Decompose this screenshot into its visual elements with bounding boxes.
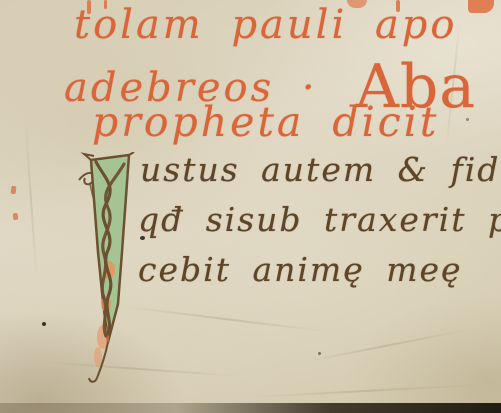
red-margin-mark [10, 186, 16, 195]
parchment-crease [301, 329, 468, 363]
parchment-crease [40, 361, 240, 377]
body-line-1-text: ustus autem & fid [140, 150, 500, 189]
illuminated-initial-icon [76, 152, 138, 392]
body-line-2-text: qđ sisub traxerit p [138, 200, 501, 239]
body-line-3-text: cebit animę meę [138, 250, 463, 289]
ink-speck [140, 236, 145, 240]
ink-speck [466, 118, 469, 121]
rubric-line-3: propheta dicit [92, 98, 439, 146]
body-line-2: qđ sisub traxerit p [138, 200, 501, 239]
rubric-line-1: tolam pauli apo [74, 2, 458, 48]
illuminated-initial-I [76, 152, 138, 392]
cut-letter-fragment [468, 0, 494, 13]
rubric-line-3-text: propheta dicit [92, 98, 439, 146]
rubric-line-1-text: tolam pauli apo [74, 2, 458, 48]
parchment-crease [250, 384, 480, 398]
body-line-1: ustus autem & fid [140, 150, 500, 189]
ink-speck [318, 352, 321, 355]
page-edge-shadow [0, 403, 501, 413]
ink-speck [42, 322, 46, 326]
body-line-3: cebit animę meę [138, 250, 463, 289]
red-margin-mark [13, 213, 19, 220]
parchment-crease [24, 120, 37, 280]
parchment-crease [121, 305, 330, 333]
manuscript-page: tolam pauli apo adebreos ·Aba propheta d… [0, 0, 501, 413]
